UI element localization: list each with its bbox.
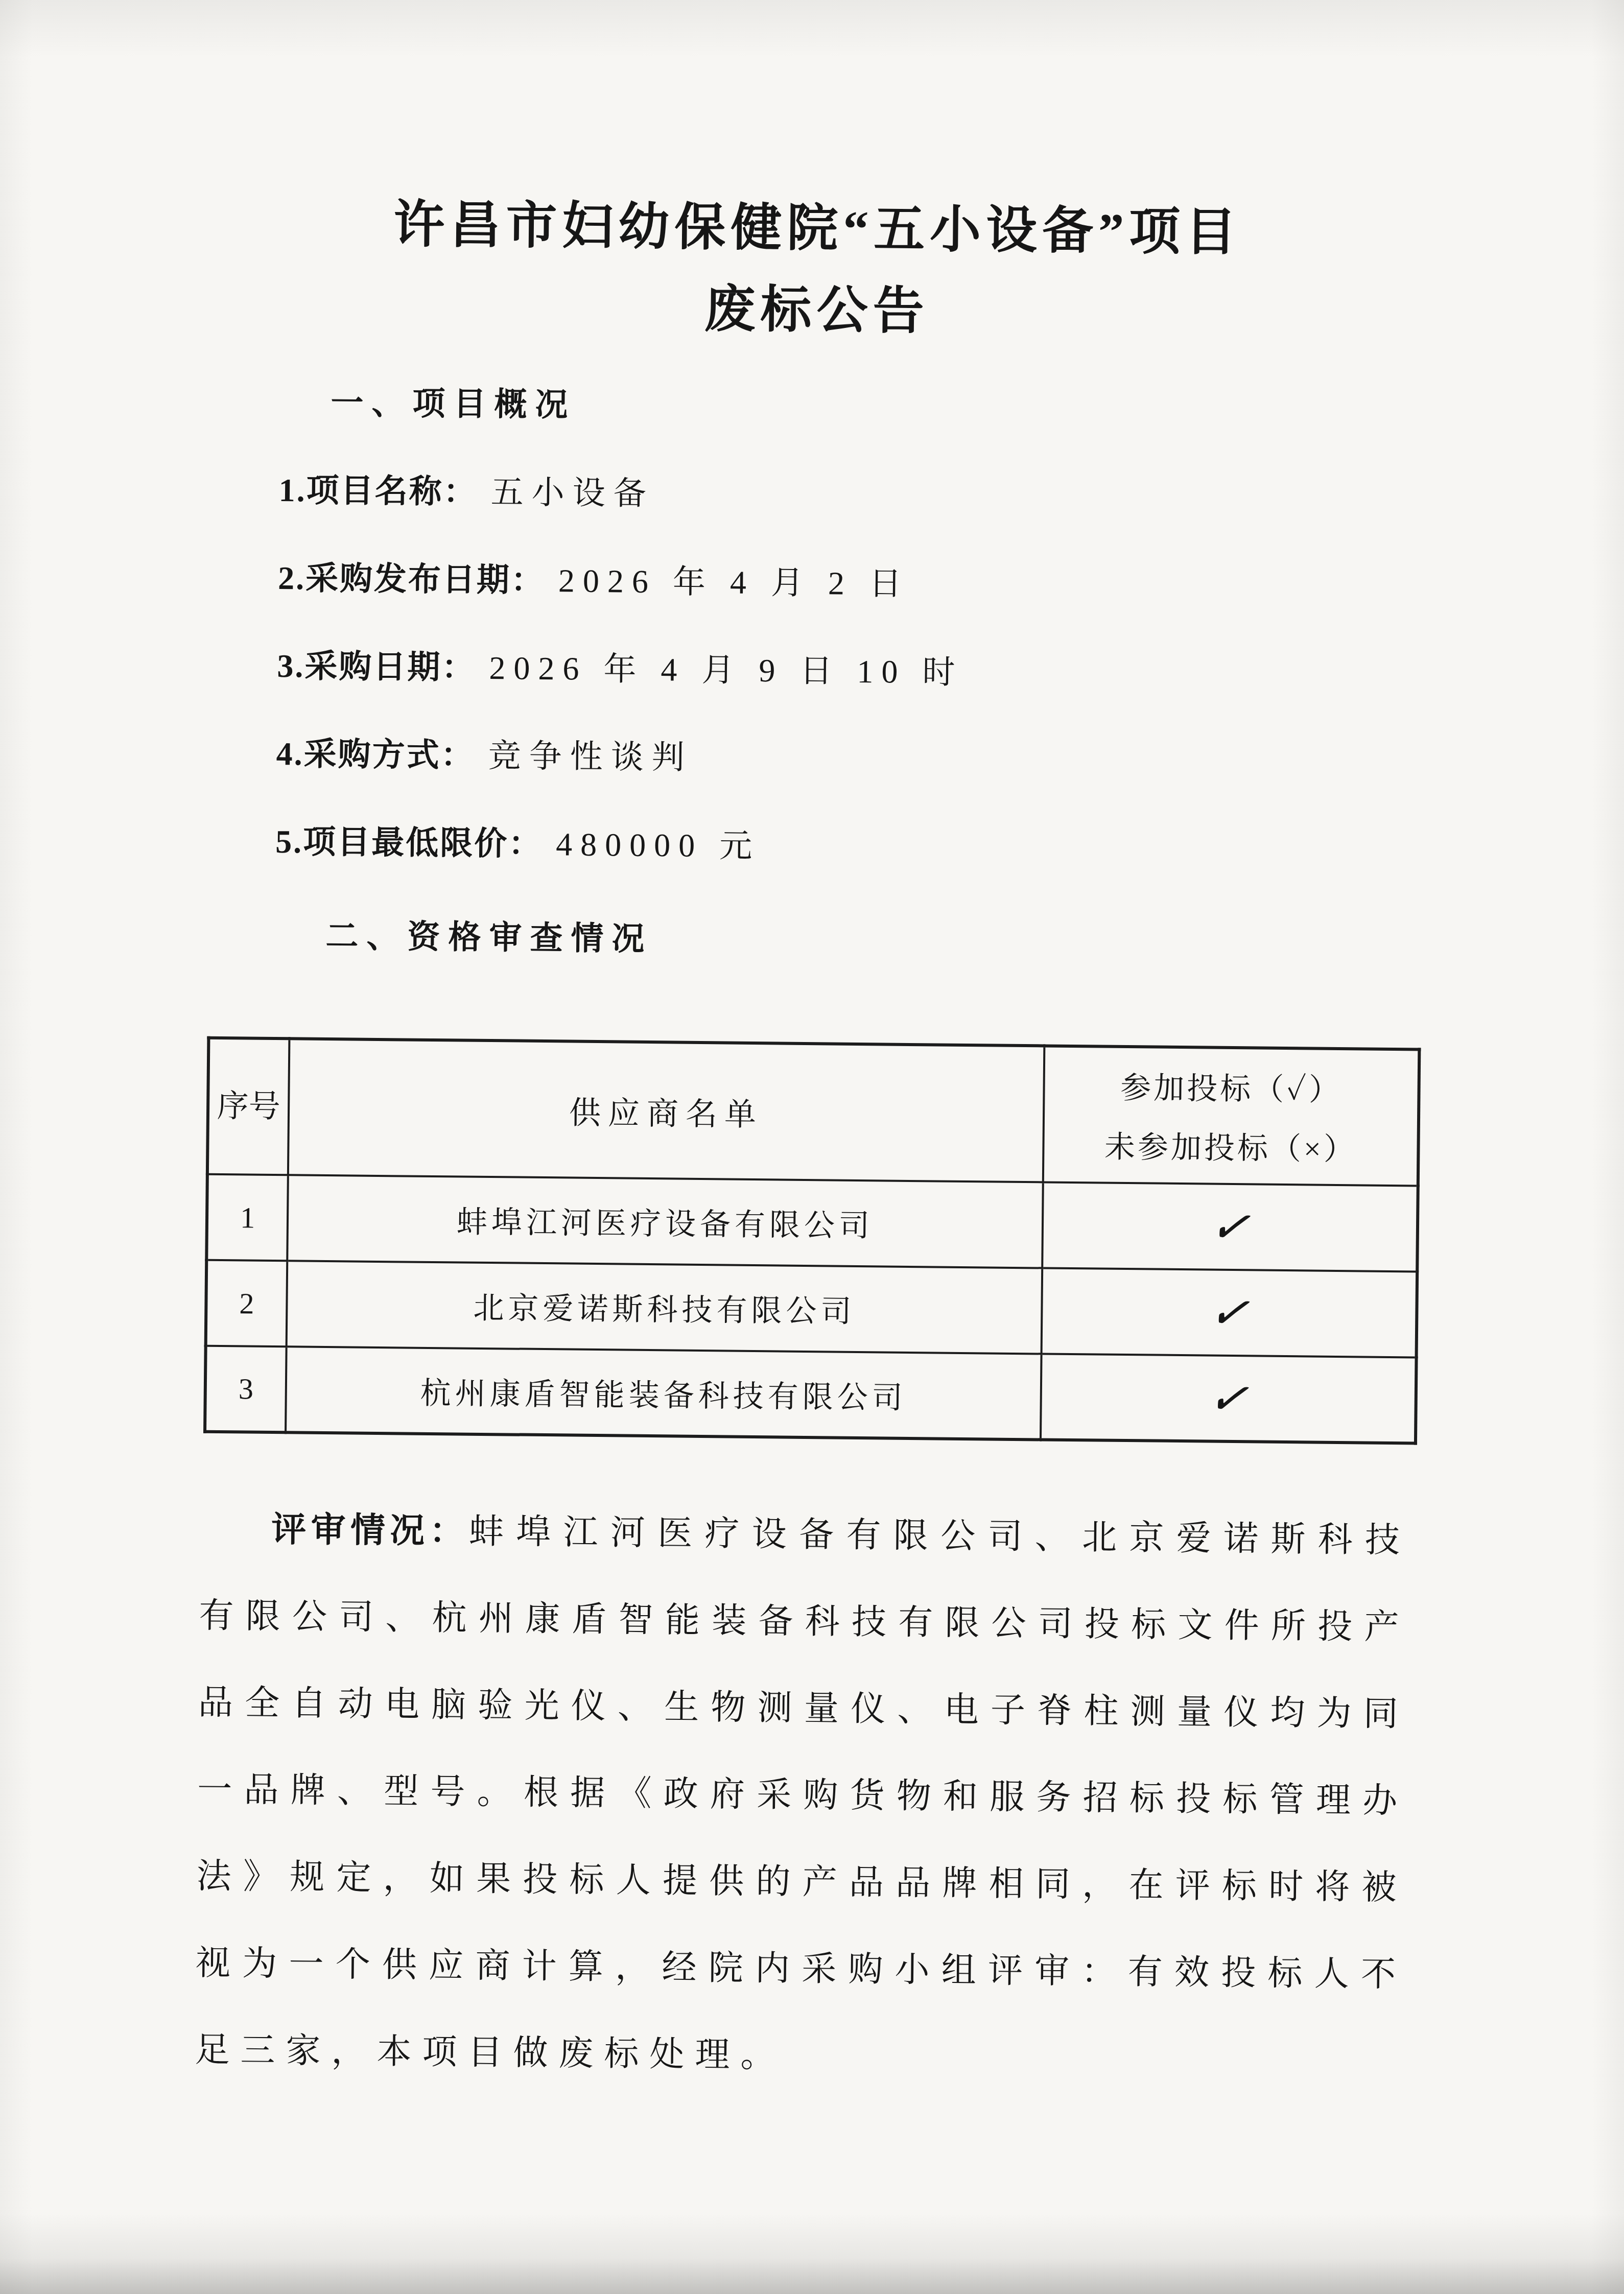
review-text: 蚌埠江河医疗设备有限公司、北京爱诺斯科技有限公司、杭州康盾智能装备科技有限公司投… bbox=[195, 1512, 1410, 2075]
review-paragraph: 评审情况：蚌埠江河医疗设备有限公司、北京爱诺斯科技有限公司、杭州康盾智能装备科技… bbox=[195, 1485, 1411, 2105]
row-no-cell: 1 bbox=[206, 1174, 288, 1261]
document-title-line2: 废标公告 bbox=[211, 264, 1422, 358]
table-row: 1 蚌埠江河医疗设备有限公司 ✓ bbox=[206, 1174, 1418, 1272]
participation-mark-cell: ✓ bbox=[1041, 1354, 1417, 1443]
header-row: 序号 供应商名单 参加投标（✓） 未参加投标（×） bbox=[207, 1038, 1419, 1186]
participation-header-line2: 未参加投标（×） bbox=[1044, 1122, 1417, 1169]
scanner-shadow bbox=[0, 2258, 1624, 2294]
document-content: 许昌市妇幼保健院“五小设备”项目 废标公告 一、项目概况 1.项目名称：五小设备… bbox=[0, 0, 1624, 2141]
qualification-table-body: 1 蚌埠江河医疗设备有限公司 ✓ 2 北京爱诺斯科技有限公司 ✓ 3 杭州康盾智… bbox=[205, 1174, 1418, 1444]
participation-mark-cell: ✓ bbox=[1042, 1182, 1418, 1271]
review-label: 评审情况： bbox=[271, 1510, 469, 1551]
document-title: 许昌市妇幼保健院“五小设备”项目 废标公告 bbox=[211, 182, 1423, 358]
item-label: 3.采购日期： bbox=[277, 648, 476, 686]
table-row: 2 北京爱诺斯科技有限公司 ✓ bbox=[206, 1260, 1418, 1358]
row-no-cell: 2 bbox=[206, 1260, 288, 1347]
supplier-name-cell: 北京爱诺斯科技有限公司 bbox=[287, 1261, 1043, 1354]
header-cell-participation: 参加投标（✓） 未参加投标（×） bbox=[1043, 1046, 1420, 1186]
supplier-name-cell: 蚌埠江河医疗设备有限公司 bbox=[287, 1175, 1043, 1268]
overview-item-purchase-method: 4.采购方式：竞争性谈判 bbox=[276, 727, 1418, 785]
overview-item-purchase-date: 3.采购日期：2026 年 4 月 9 日 10 时 bbox=[277, 640, 1419, 697]
checkmark: ✓ bbox=[1207, 1287, 1252, 1338]
document-title-line1: 许昌市妇幼保健院“五小设备”项目 bbox=[212, 182, 1423, 276]
row-no-cell: 3 bbox=[205, 1346, 287, 1433]
section-overview-heading: 一、项目概况 bbox=[331, 376, 1421, 434]
item-label: 5.项目最低限价： bbox=[275, 823, 543, 862]
item-value: 五小设备 bbox=[490, 474, 654, 512]
item-value: 竞争性谈判 bbox=[488, 738, 693, 776]
overview-list: 1.项目名称：五小设备 2.采购发布日期：2026 年 4 月 2 日 3.采购… bbox=[206, 463, 1420, 873]
item-value: 480000 元 bbox=[556, 826, 761, 864]
overview-item-publish-date: 2.采购发布日期：2026 年 4 月 2 日 bbox=[278, 552, 1420, 609]
item-label: 2.采购发布日期： bbox=[278, 560, 546, 599]
participation-header-line1: 参加投标（✓） bbox=[1045, 1062, 1418, 1110]
qualification-table-header: 序号 供应商名单 参加投标（✓） 未参加投标（×） bbox=[207, 1038, 1419, 1186]
overview-item-price-limit: 5.项目最低限价：480000 元 bbox=[275, 815, 1417, 873]
section-qualification-heading: 二、资格审查情况 bbox=[325, 910, 1416, 967]
item-label: 1.项目名称： bbox=[278, 472, 478, 510]
checkmark: ✓ bbox=[1206, 1373, 1251, 1424]
checkmark: ✓ bbox=[1207, 1201, 1253, 1252]
item-value: 2026 年 4 月 2 日 bbox=[558, 562, 910, 602]
qualification-table: 序号 供应商名单 参加投标（✓） 未参加投标（×） 1 蚌埠江河医疗设备有限公司… bbox=[203, 1036, 1421, 1445]
item-label: 4.采购方式： bbox=[276, 736, 475, 774]
scanned-page: 许昌市妇幼保健院“五小设备”项目 废标公告 一、项目概况 1.项目名称：五小设备… bbox=[0, 0, 1624, 2294]
overview-item-project-name: 1.项目名称：五小设备 bbox=[278, 464, 1420, 522]
table-row: 3 杭州康盾智能装备科技有限公司 ✓ bbox=[205, 1346, 1417, 1444]
header-cell-supplier: 供应商名单 bbox=[288, 1038, 1044, 1182]
header-cell-no: 序号 bbox=[207, 1038, 290, 1175]
supplier-name-cell: 杭州康盾智能装备科技有限公司 bbox=[286, 1346, 1042, 1439]
participation-mark-cell: ✓ bbox=[1042, 1268, 1418, 1357]
item-value: 2026 年 4 月 9 日 10 时 bbox=[489, 650, 963, 691]
